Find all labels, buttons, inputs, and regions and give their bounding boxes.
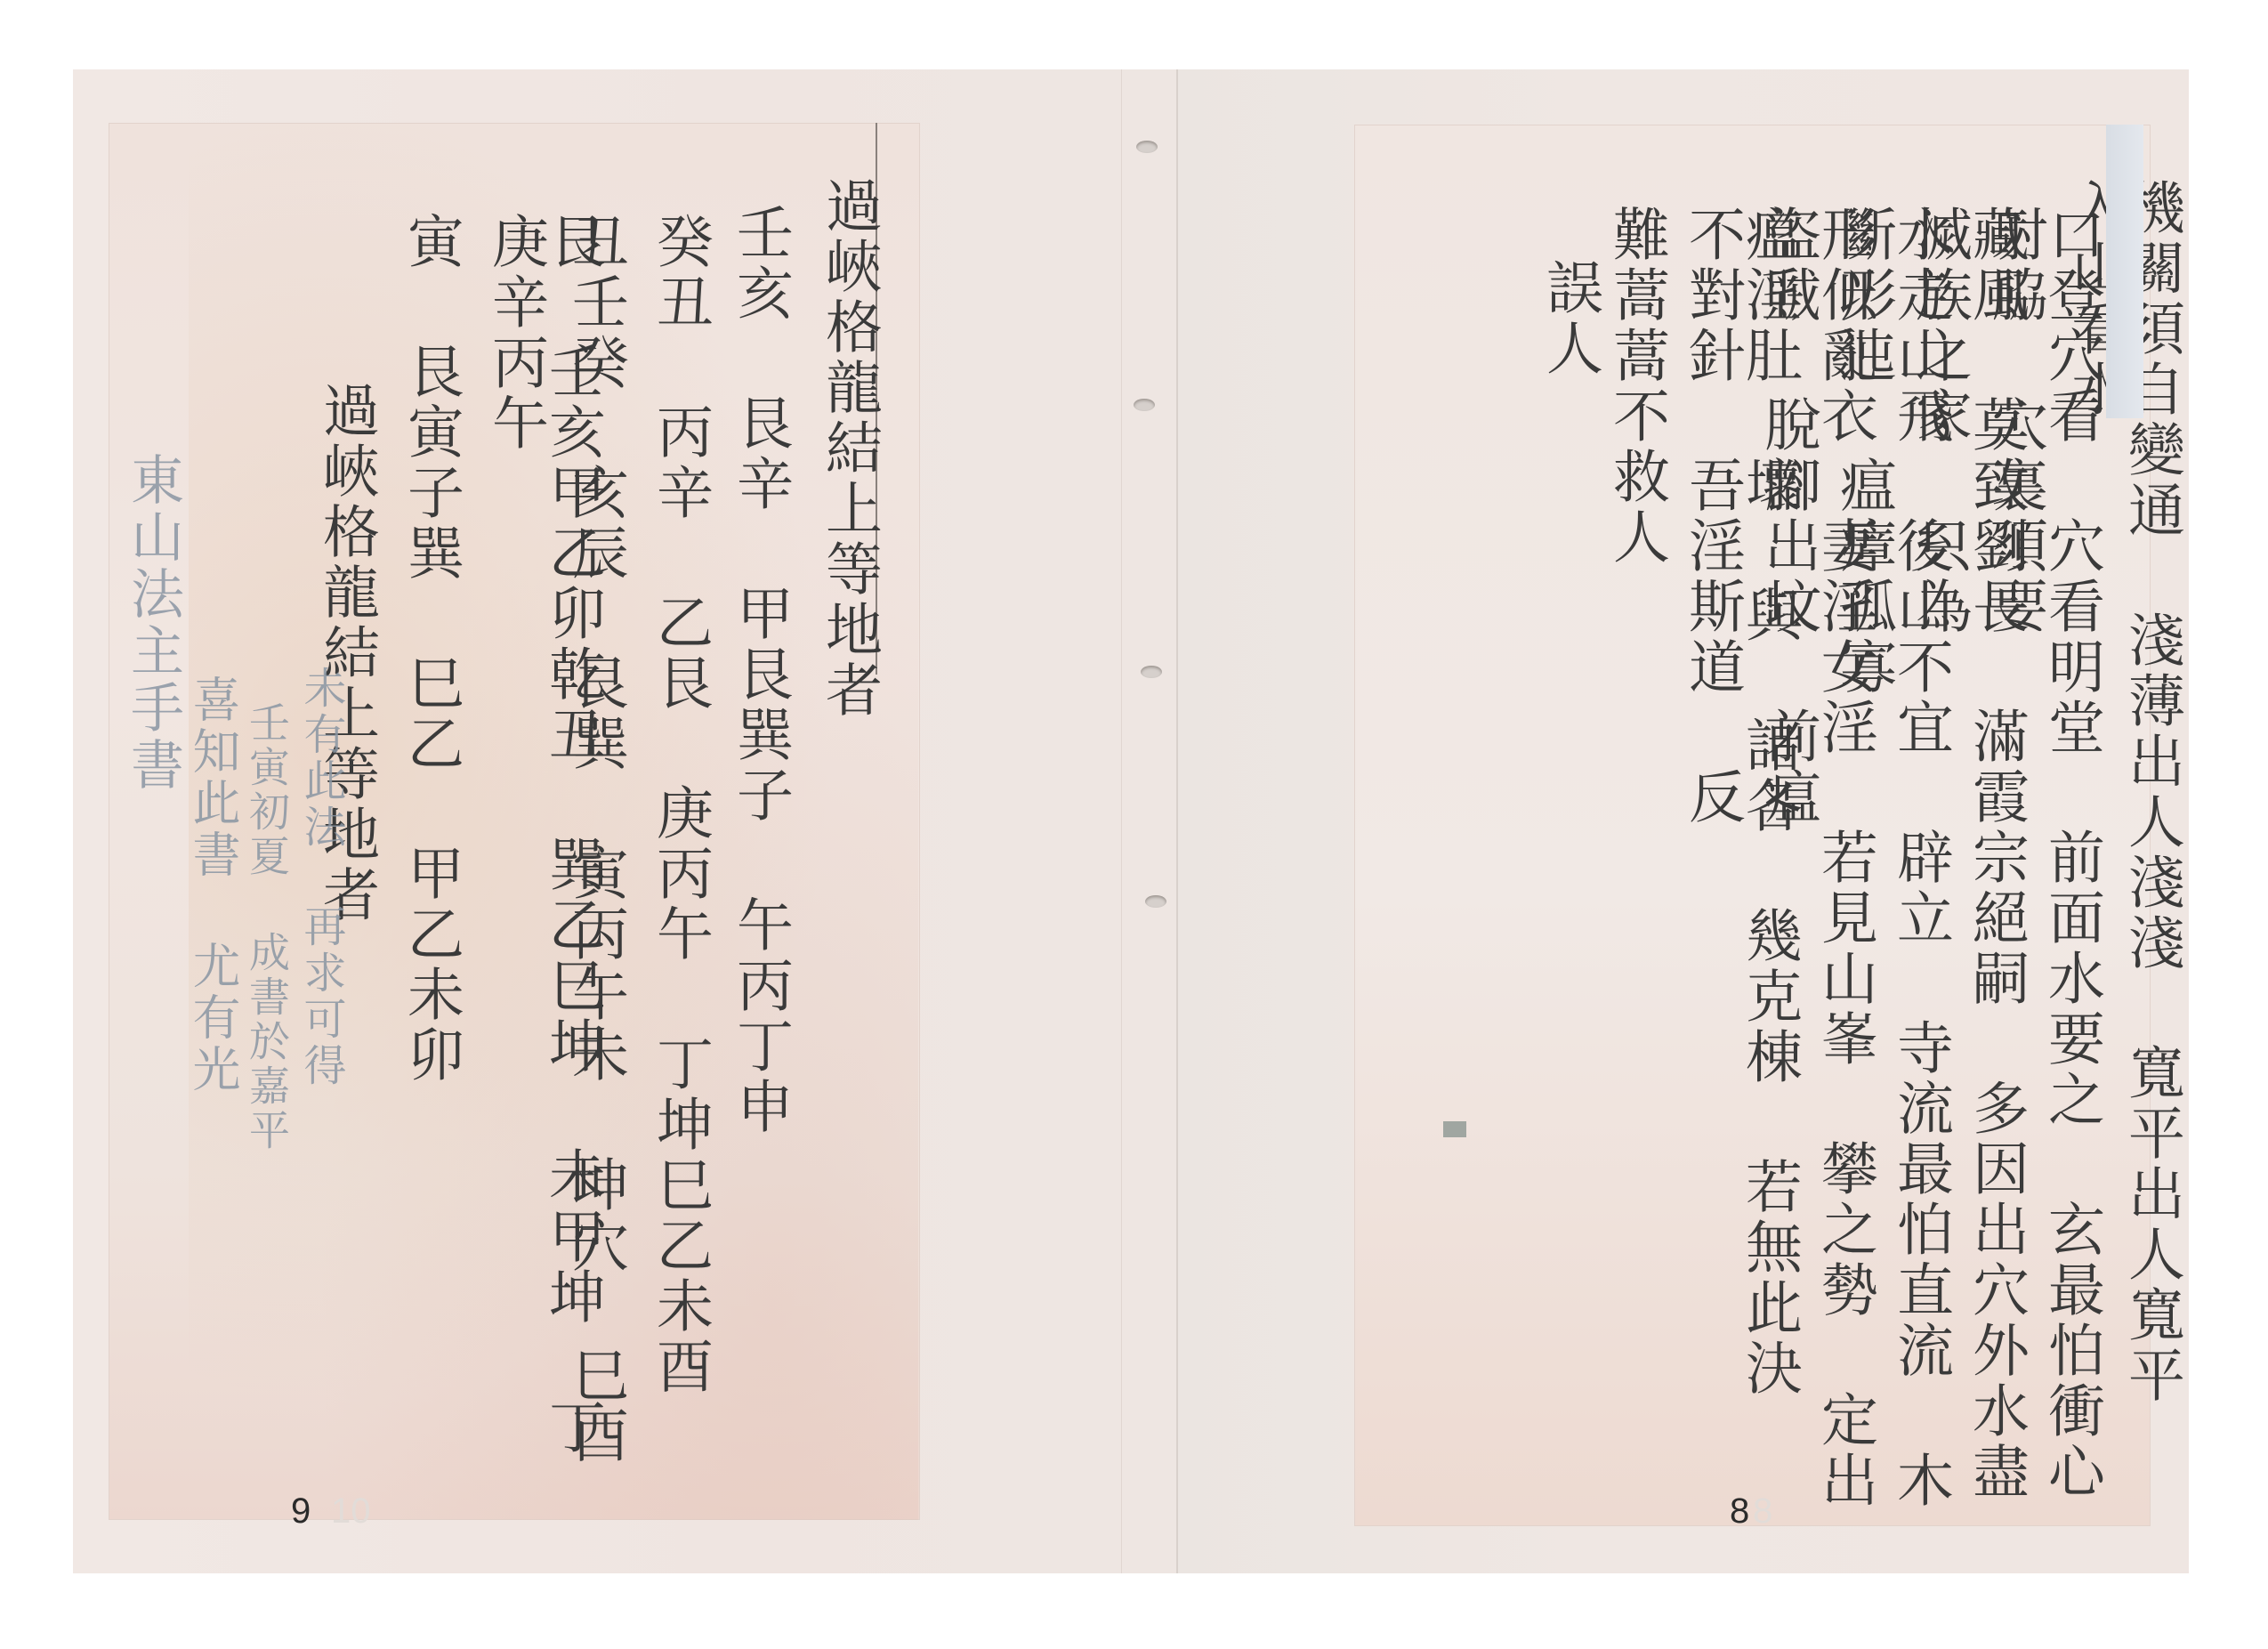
- binding-hole: [1136, 141, 1158, 153]
- page-number-right: 8: [1730, 1491, 1749, 1532]
- ghost-page-number: 10: [331, 1491, 371, 1532]
- page-number-left: 9: [291, 1491, 311, 1532]
- binding-hole: [1141, 666, 1162, 678]
- text-column: 癸丑 丙辛 乙艮 庚丙午 丁坤巳乙未酉: [651, 212, 708, 1397]
- marginal-annotation: 壬寅初夏 成書於嘉平: [246, 701, 287, 1153]
- text-column: 艮 壬亥甲乙卯乾丑 巽乙巳坤 未甲坤 丁 庚辛丙午: [487, 212, 601, 1520]
- binding-hole: [1134, 399, 1155, 411]
- ghost-page-number: 8: [1753, 1491, 1772, 1532]
- text-column: 誤人: [1541, 258, 1598, 379]
- text-column: 難蒿蒿不救人: [1608, 205, 1665, 568]
- ink-speck: [1443, 1121, 1466, 1137]
- marginal-annotation: 東山法主手書: [126, 452, 180, 794]
- marginal-annotation: 未有此法 再求可得: [300, 666, 343, 1089]
- text-column: 過峽格龍結上等地者: [820, 176, 877, 721]
- right-page: 機關須自變通 淺薄出人淺淺 寬平出人寬平 入山看水 口登穴看 穴看明堂 前面水要…: [1354, 125, 2151, 1526]
- manuscript-spread: 過峽格龍結上等地者 壬亥 艮辛 甲艮巽子 午丙丁申 癸丑 丙辛 乙艮 庚丙午 丁…: [73, 69, 2189, 1573]
- center-gutter: [1176, 69, 1178, 1573]
- binding-hole: [1145, 895, 1166, 908]
- text-column: 寅 艮寅子巽 巳乙 甲乙未卯: [402, 212, 459, 1086]
- text-column: 壬亥 艮辛 甲艮巽子 午丙丁申: [731, 203, 788, 1137]
- fold-line: [1121, 69, 1122, 1573]
- marginal-annotation: 喜知此書 尤有光: [189, 675, 237, 1095]
- left-page: 過峽格龍結上等地者 壬亥 艮辛 甲艮巽子 午丙丁申 癸丑 丙辛 乙艮 庚丙午 丁…: [109, 123, 920, 1520]
- text-column: 瘟淫肚 壞 與 諸各 幾克棟 若無此決 不對針 吾淫斯道 反: [1683, 205, 1797, 1526]
